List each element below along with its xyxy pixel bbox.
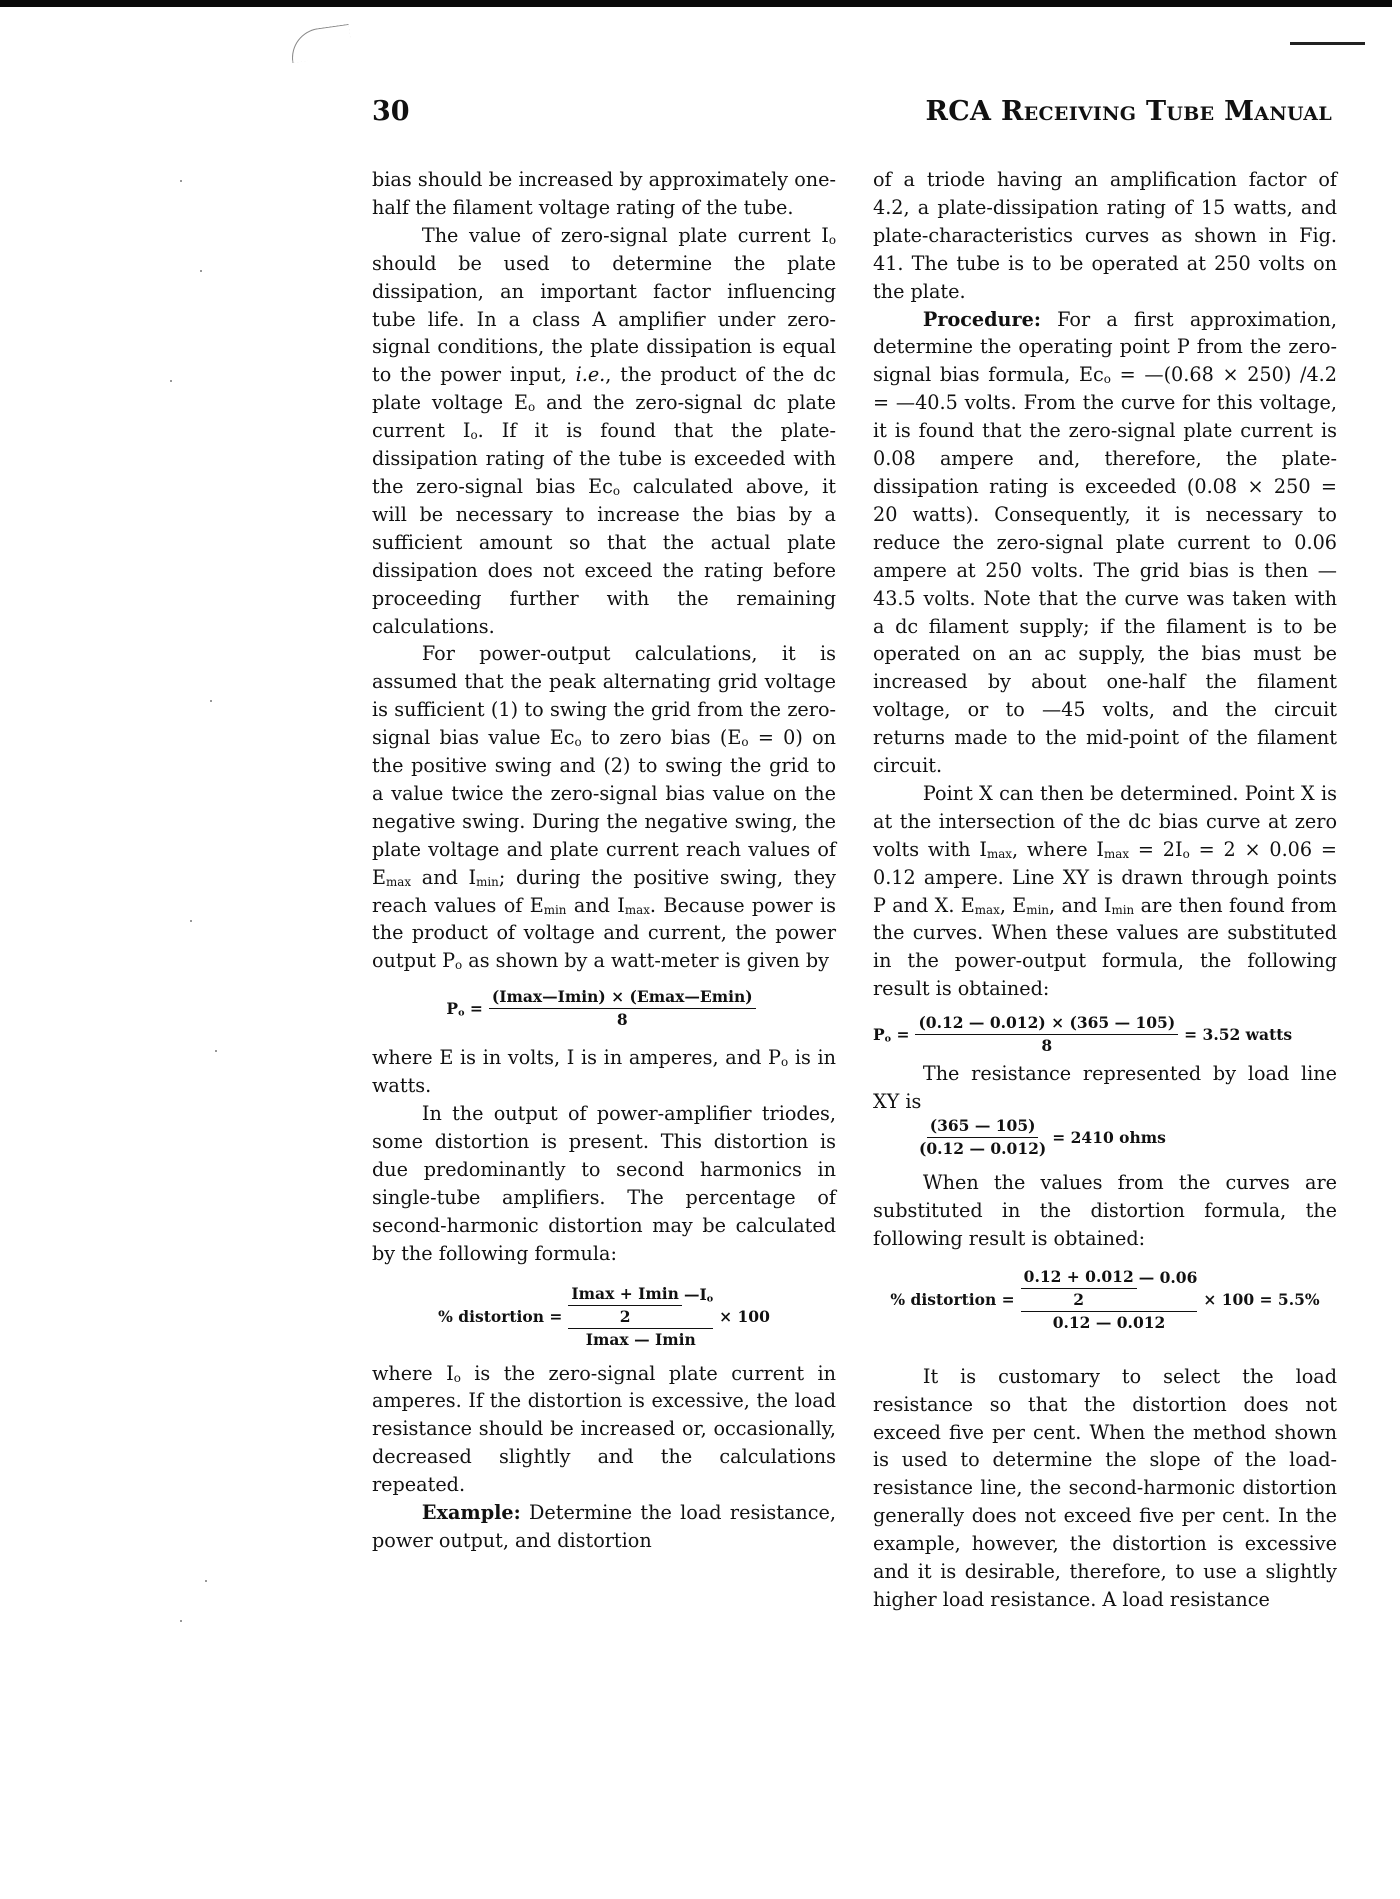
running-title: RCA Receiving Tube Manual	[926, 96, 1333, 127]
scan-speck	[180, 180, 182, 182]
left-column: bias should be increased by approximatel…	[372, 166, 836, 1555]
paragraph: where Io is the zero-signal plate curren…	[372, 1360, 836, 1500]
scan-speck	[200, 270, 202, 272]
scan-speck	[190, 920, 192, 922]
scan-mark	[1290, 42, 1365, 45]
right-column: of a triode having an amplification fact…	[873, 166, 1337, 1614]
scan-speck	[205, 1580, 207, 1582]
scan-mark	[288, 24, 353, 63]
scan-speck	[170, 380, 172, 382]
paragraph: It is customary to select the load resis…	[873, 1363, 1337, 1614]
power-output-formula: Po = (Imax—Imin) × (Emax—Emin) 8	[372, 987, 836, 1030]
distortion-formula: % distortion = Imax + Imin 2 —Io Imax — …	[372, 1284, 836, 1350]
scan-speck	[210, 700, 212, 702]
page-header: 30 RCA Receiving Tube Manual	[372, 96, 1332, 136]
power-output-result: Po = (0.12 — 0.012) × (365 — 105) 8 = 3.…	[873, 1013, 1337, 1056]
example-label: Example:	[422, 1501, 521, 1524]
paragraph: Example: Determine the load resistance, …	[372, 1499, 836, 1555]
page-number: 30	[372, 96, 410, 127]
paragraph: bias should be increased by approximatel…	[372, 166, 836, 222]
scan-speck	[215, 1050, 217, 1052]
paragraph: of a triode having an amplification fact…	[873, 166, 1337, 306]
paragraph: where E is in volts, I is in amperes, an…	[372, 1044, 836, 1100]
scan-speck	[180, 1620, 182, 1622]
procedure-label: Procedure:	[923, 308, 1041, 331]
paragraph: For power-output calculations, it is ass…	[372, 640, 836, 975]
paragraph: Procedure: For a first approximation, de…	[873, 306, 1337, 780]
paragraph: In the output of power-amplifier triodes…	[372, 1100, 836, 1267]
resistance-result: (365 — 105) (0.12 — 0.012) = 2410 ohms	[913, 1116, 1337, 1159]
paragraph: Point X can then be determined. Point X …	[873, 780, 1337, 1003]
paragraph: The value of zero-signal plate current I…	[372, 222, 836, 641]
paragraph: When the values from the curves are subs…	[873, 1169, 1337, 1253]
paragraph: The resistance represented by load line …	[873, 1060, 1337, 1116]
scan-border-top	[0, 0, 1392, 7]
distortion-result: % distortion = 0.12 + 0.012 2 — 0.06 0.1…	[873, 1267, 1337, 1333]
